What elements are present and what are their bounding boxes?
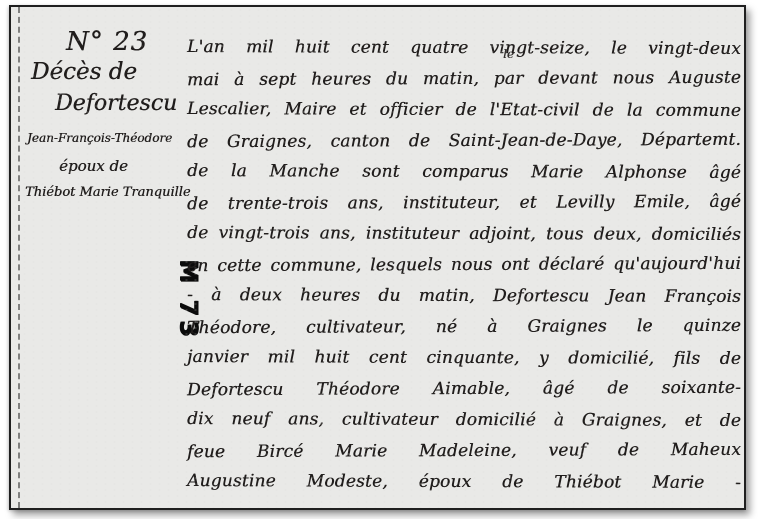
act-line: feue Bircé Marie Madeleine, veuf de Mahe…: [187, 435, 741, 468]
deceased-surname: Defortescu: [55, 91, 177, 116]
act-line: en cette commune, lesquels nous ont décl…: [187, 249, 741, 282]
act-line: Defortescu Théodore Aimable, âgé de soix…: [187, 373, 741, 406]
act-line: mai à sept heures du matin, par devant n…: [187, 63, 741, 96]
act-number: N° 23: [66, 27, 148, 57]
act-line: L'an mil huit cent quatre vingt-seize, l…: [187, 32, 741, 65]
act-line: de la Manche sont comparus Marie Alphons…: [187, 156, 741, 189]
document-scan: N° 23 Décès de Defortescu Jean-François-…: [9, 5, 746, 510]
act-type-label: Décès de: [31, 59, 137, 85]
act-line: dix neuf ans, cultivateur domicilié à Gr…: [187, 404, 741, 437]
act-text: le L'an mil huit cent quatre vingt-seize…: [187, 33, 741, 498]
act-line: janvier mil huit cent cinquante, y domic…: [187, 342, 741, 375]
act-line: de trente-trois ans, instituteur, et Lev…: [187, 187, 741, 220]
margin-annotations: N° 23 Décès de Defortescu Jean-François-…: [11, 7, 201, 508]
spouse-label: époux de: [59, 157, 128, 175]
act-line: Théodore, cultivateur, né à Graignes le …: [187, 311, 741, 344]
act-line: Augustine Modeste, époux de Thiébot Mari…: [187, 466, 741, 499]
act-line: de vingt-trois ans, instituteur adjoint,…: [187, 218, 741, 251]
spouse-name: Thiébot Marie Tranquille: [25, 185, 191, 200]
act-line: - à deux heures du matin, Defortescu Jea…: [187, 280, 741, 313]
act-line: de Graignes, canton de Saint-Jean-de-Day…: [187, 125, 741, 158]
act-line: Lescalier, Maire et officier de l'Etat-c…: [187, 94, 741, 127]
deceased-given-names: Jean-François-Théodore: [27, 131, 172, 145]
